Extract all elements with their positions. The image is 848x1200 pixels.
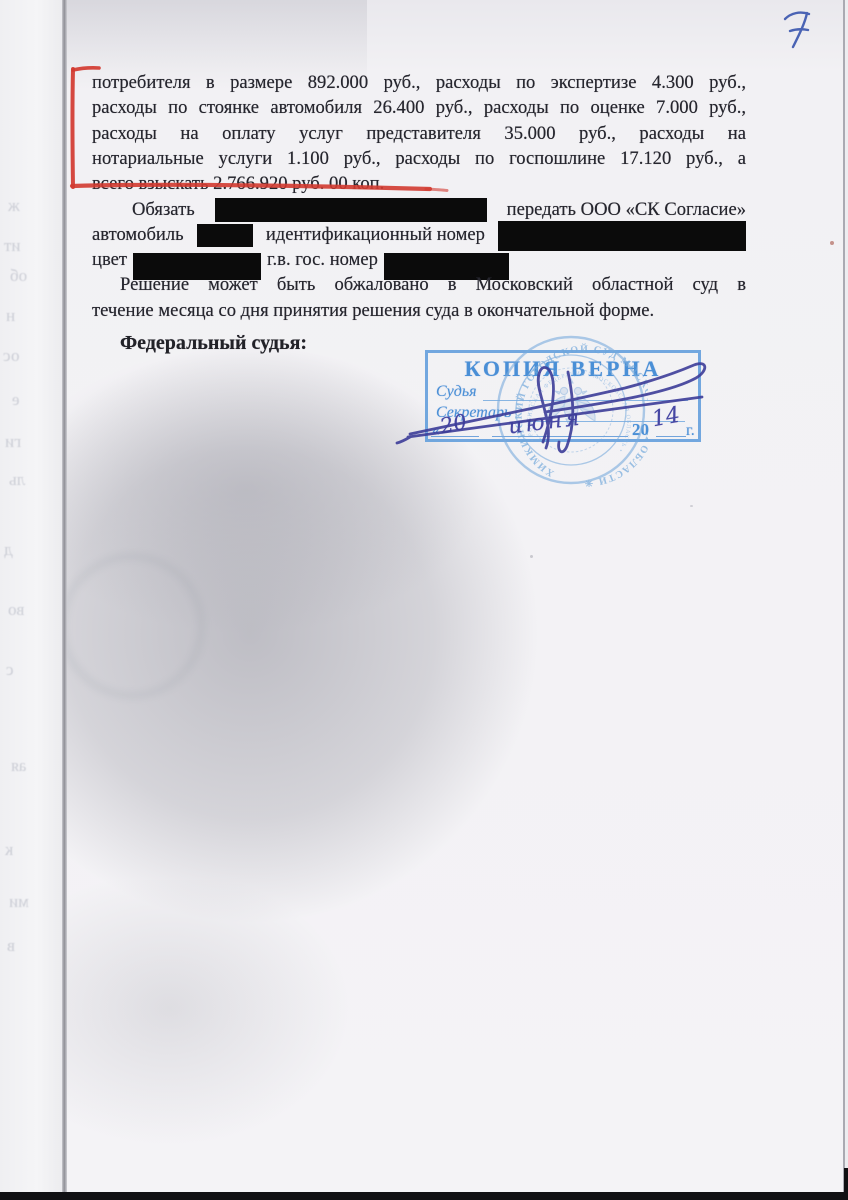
text-line-appeal-1: Решение может быть обжаловано в Московск… (92, 272, 746, 297)
bleedthrough-mark: е (12, 390, 20, 410)
bleedthrough-seal-shadow (58, 552, 206, 700)
judge-signature (395, 330, 715, 470)
text-vin-label: идентификационный номер (266, 222, 485, 247)
scan-left-margin: ж ит об н ос е ги ль д во с ая к ми в (0, 0, 62, 1200)
bleedthrough-mark: в (7, 936, 15, 956)
bleedthrough-mark: н (6, 306, 15, 326)
red-speck (830, 241, 834, 245)
scanner-bottom-bar (0, 1192, 848, 1200)
text-line-obligate-2: автомобиль идентификационный номер (92, 222, 746, 247)
bleedthrough-mark: ги (5, 432, 21, 452)
scanner-corner-bar (844, 1168, 848, 1200)
bleedthrough-mark: ми (9, 892, 29, 912)
handwritten-page-number (778, 4, 822, 56)
bleedthrough-mark: ая (11, 756, 26, 776)
bleedthrough-mark: с (6, 660, 14, 680)
bleedthrough-mark: ль (9, 470, 25, 490)
bleedthrough-mark: ос (3, 346, 19, 366)
bleedthrough-mark: об (10, 266, 27, 286)
scanned-court-decision-page: ж ит об н ос е ги ль д во с ая к ми в по… (0, 0, 848, 1200)
text-line-obligate-3: цвет г.в. гос. номер (92, 247, 746, 272)
bleedthrough-mark: д (4, 540, 13, 560)
text-transfer-insurer: передать ООО «СК Согласие» (507, 197, 746, 222)
word-color: цвет (92, 247, 127, 272)
redaction-bar-car-model (197, 224, 253, 247)
text-gov-number-label: г.в. гос. номер (267, 247, 378, 272)
bleedthrough-mark: ж (8, 196, 20, 216)
federal-judge-label: Федеральный судья: (120, 332, 307, 355)
bleedthrough-mark: к (5, 840, 13, 860)
text-line-appeal-2: течение месяца со дня принятия решения с… (92, 298, 746, 323)
bleedthrough-mark: ит (4, 236, 21, 256)
bleedthrough-mark: во (8, 600, 24, 620)
dust-speck (690, 505, 693, 507)
dust-speck (530, 555, 533, 558)
red-pen-annotation (58, 52, 478, 202)
word-car: автомобиль (92, 222, 184, 247)
